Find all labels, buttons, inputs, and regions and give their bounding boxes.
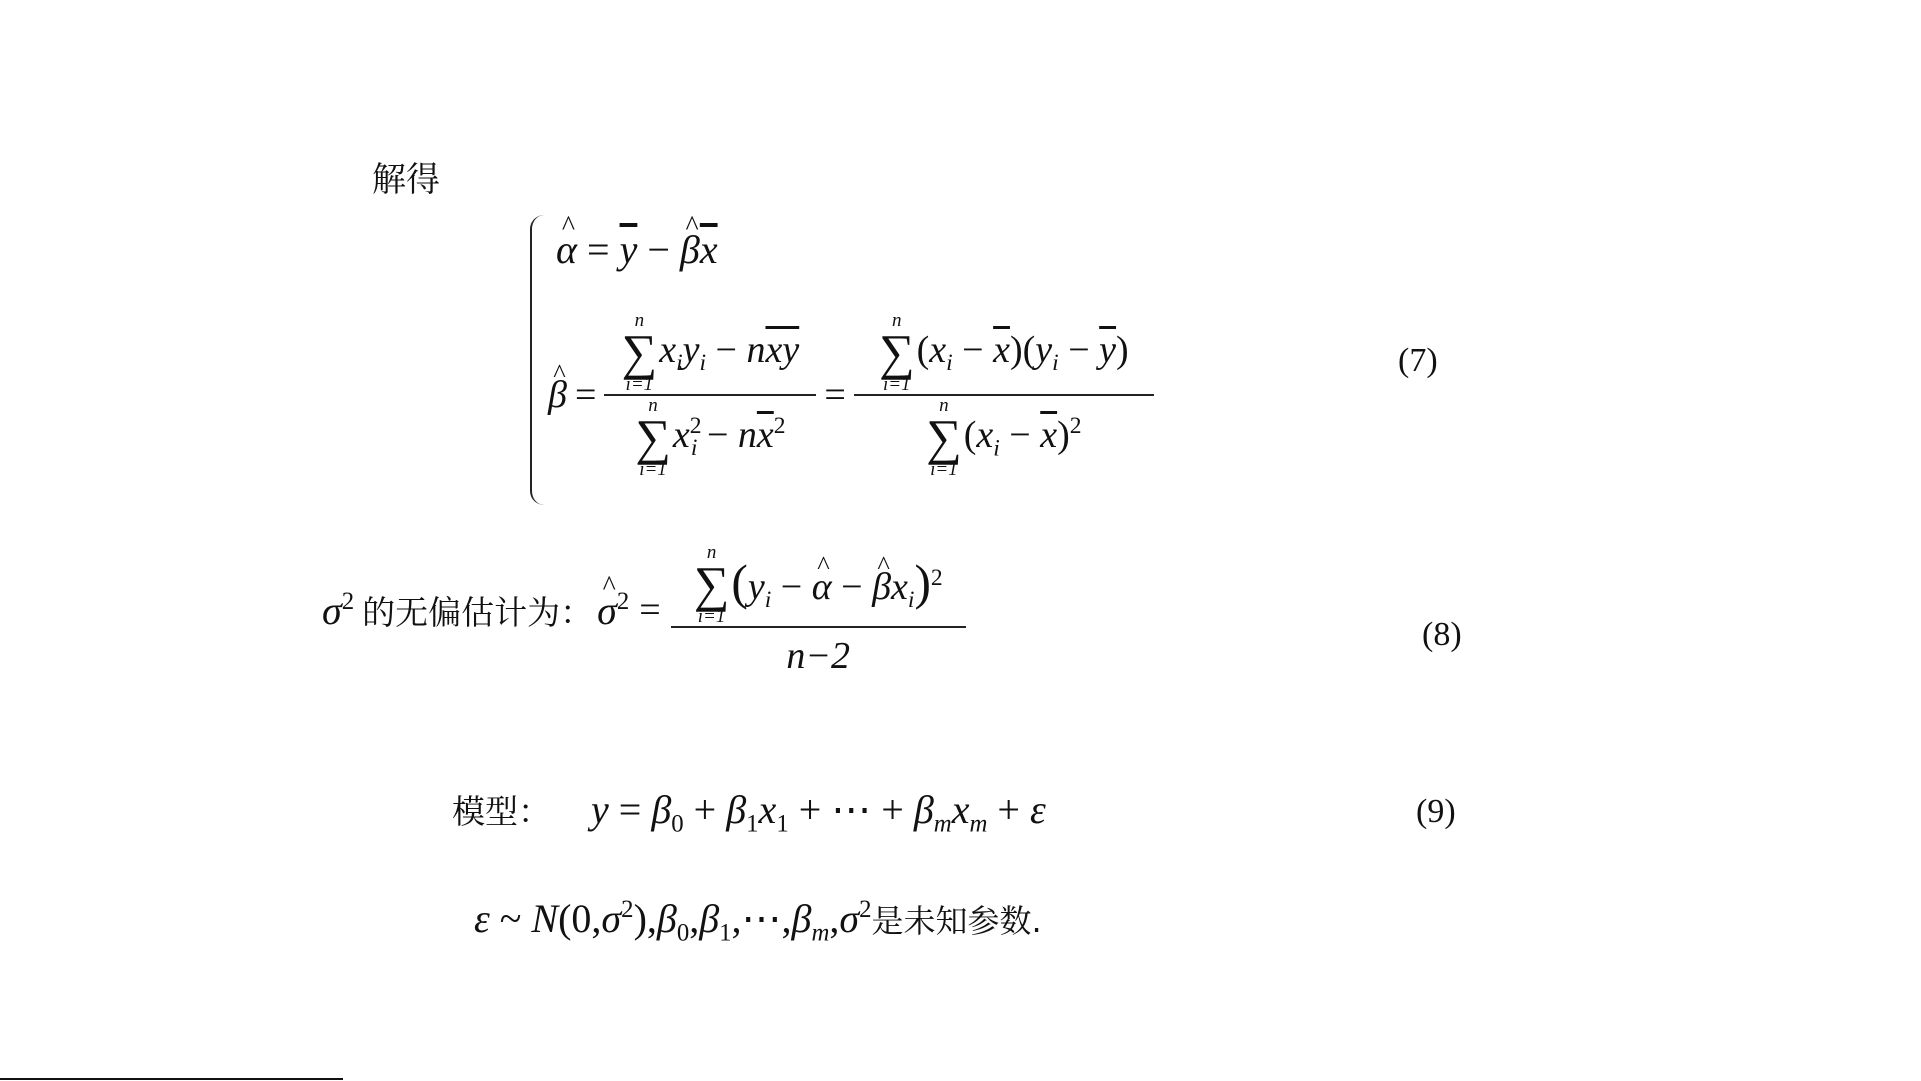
beta-fraction-2: n∑i=1 (xi − x)(yi − y) n∑i=1 (xi − x)2 bbox=[854, 311, 1154, 479]
sigma-estimate-label: 的无偏估计为： bbox=[362, 587, 593, 634]
alpha-hat: α bbox=[556, 226, 577, 273]
beta-hat: β bbox=[548, 373, 567, 417]
model-label: 模型： bbox=[452, 786, 551, 833]
sigma-estimate-equation: σ2 的无偏估计为： σ2 = n∑i=1 (yi − α − βxi)2 n−… bbox=[322, 530, 966, 690]
assumption-text: 是未知参数. bbox=[872, 896, 1042, 942]
beta-hat-equation: β = n∑i=1 xiyi − nxy n∑i=1 x2i − nx2 = n… bbox=[548, 290, 1154, 500]
footnote-separator bbox=[0, 1078, 343, 1080]
alpha-hat-equation: α = y − βx bbox=[556, 226, 718, 273]
assumption-line: ε ~ N(0,σ2),β0,β1,⋯,βm,σ2 是未知参数. bbox=[474, 895, 1042, 948]
sigma-fraction: n∑i=1 (yi − α − βxi)2 n−2 bbox=[671, 543, 966, 678]
model-equation: 模型： y = β0 + β1x1 + ⋯ + βmxm + ε bbox=[452, 786, 1046, 839]
equation-number-8: (8) bbox=[1422, 616, 1462, 654]
intro-label: 解得 bbox=[372, 152, 440, 201]
equation-number-7: (7) bbox=[1398, 342, 1438, 380]
beta-fraction-1: n∑i=1 xiyi − nxy n∑i=1 x2i − nx2 bbox=[604, 311, 816, 479]
equation-number-9: (9) bbox=[1416, 793, 1456, 831]
left-brace bbox=[530, 215, 550, 505]
